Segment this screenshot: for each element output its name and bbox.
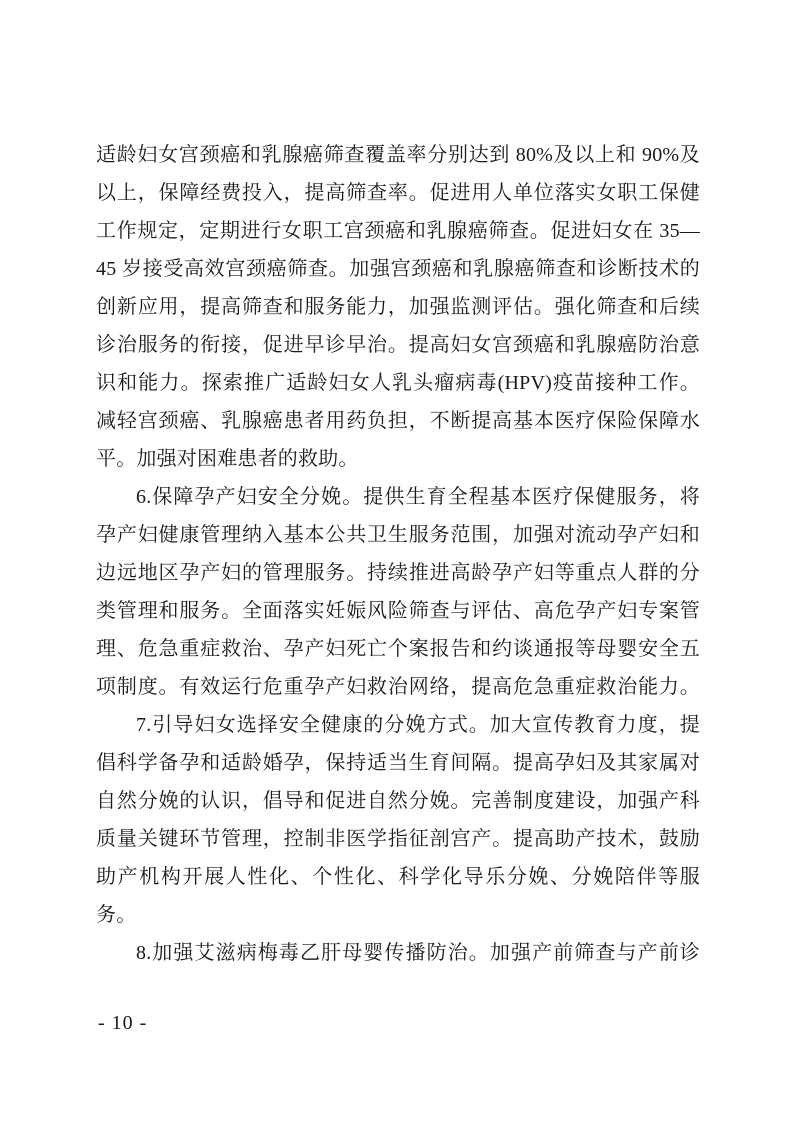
text-line: 识和能力。探索推广适龄妇女人乳头瘤病毒(HPV)疫苗接种工作。 <box>96 364 700 402</box>
text-line: 以上，保障经费投入，提高筛查率。促进用人单位落实女职工保健 <box>96 174 700 212</box>
text-line: 倡科学备孕和适龄婚孕，保持适当生育间隔。提高孕妇及其家属对 <box>96 744 700 782</box>
text-line: 平。加强对困难患者的救助。 <box>96 440 700 478</box>
text-line: 务。 <box>96 896 700 934</box>
document-body: 适龄妇女宫颈癌和乳腺癌筛查覆盖率分别达到 80%及以上和 90%及以上，保障经费… <box>96 136 700 972</box>
text-line: 自然分娩的认识，倡导和促进自然分娩。完善制度建设，加强产科 <box>96 782 700 820</box>
text-line: 类管理和服务。全面落实妊娠风险筛查与评估、高危孕产妇专案管 <box>96 592 700 630</box>
page-number: - 10 - <box>98 1011 147 1035</box>
text-line: 7.引导妇女选择安全健康的分娩方式。加大宣传教育力度，提 <box>96 706 700 744</box>
text-line: 6.保障孕产妇安全分娩。提供生育全程基本医疗保健服务，将 <box>96 478 700 516</box>
text-line: 助产机构开展人性化、个性化、科学化导乐分娩、分娩陪伴等服 <box>96 858 700 896</box>
text-line: 8.加强艾滋病梅毒乙肝母婴传播防治。加强产前筛查与产前诊 <box>96 934 700 972</box>
document-page: 适龄妇女宫颈癌和乳腺癌筛查覆盖率分别达到 80%及以上和 90%及以上，保障经费… <box>0 0 794 1122</box>
text-line: 适龄妇女宫颈癌和乳腺癌筛查覆盖率分别达到 80%及以上和 90%及 <box>96 136 700 174</box>
text-line: 诊治服务的衔接，促进早诊早治。提高妇女宫颈癌和乳腺癌防治意 <box>96 326 700 364</box>
text-line: 孕产妇健康管理纳入基本公共卫生服务范围，加强对流动孕产妇和 <box>96 516 700 554</box>
text-line: 45 岁接受高效宫颈癌筛查。加强宫颈癌和乳腺癌筛查和诊断技术的 <box>96 250 700 288</box>
text-line: 项制度。有效运行危重孕产妇救治网络，提高危急重症救治能力。 <box>96 668 700 706</box>
text-line: 创新应用，提高筛查和服务能力，加强监测评估。强化筛查和后续 <box>96 288 700 326</box>
text-line: 理、危急重症救治、孕产妇死亡个案报告和约谈通报等母婴安全五 <box>96 630 700 668</box>
text-line: 质量关键环节管理，控制非医学指征剖宫产。提高助产技术，鼓励 <box>96 820 700 858</box>
text-line: 边远地区孕产妇的管理服务。持续推进高龄孕产妇等重点人群的分 <box>96 554 700 592</box>
text-line: 减轻宫颈癌、乳腺癌患者用药负担，不断提高基本医疗保险保障水 <box>96 402 700 440</box>
text-line: 工作规定，定期进行女职工宫颈癌和乳腺癌筛查。促进妇女在 35— <box>96 212 700 250</box>
